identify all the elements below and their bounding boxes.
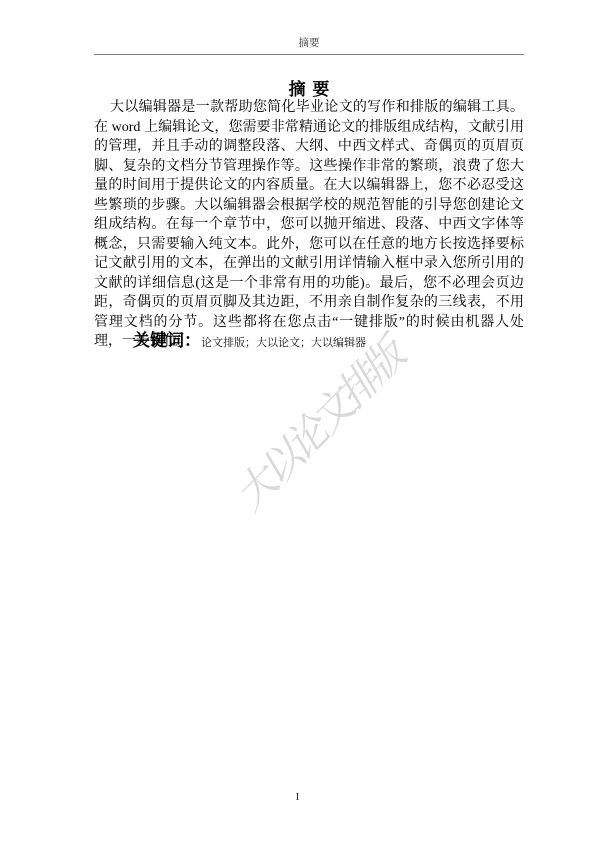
keywords-values: 论文排版；大以论文；大以编辑器 bbox=[201, 337, 366, 349]
header-rule bbox=[94, 54, 524, 55]
keywords-label: 关键词： bbox=[133, 331, 201, 350]
keywords-line: 关键词：论文排版；大以论文；大以编辑器 bbox=[94, 326, 524, 351]
document-page: 摘要 摘 要 大以编辑器是一款帮助您简化毕业论文的写作和排版的编辑工具。在 wo… bbox=[0, 0, 595, 842]
running-header: 摘要 bbox=[94, 37, 524, 51]
abstract-paragraph: 大以编辑器是一款帮助您简化毕业论文的写作和排版的编辑工具。在 word 上编辑论… bbox=[94, 98, 524, 352]
diagonal-watermark: 大以论文排版 bbox=[219, 327, 413, 521]
page-number: I bbox=[0, 791, 595, 803]
